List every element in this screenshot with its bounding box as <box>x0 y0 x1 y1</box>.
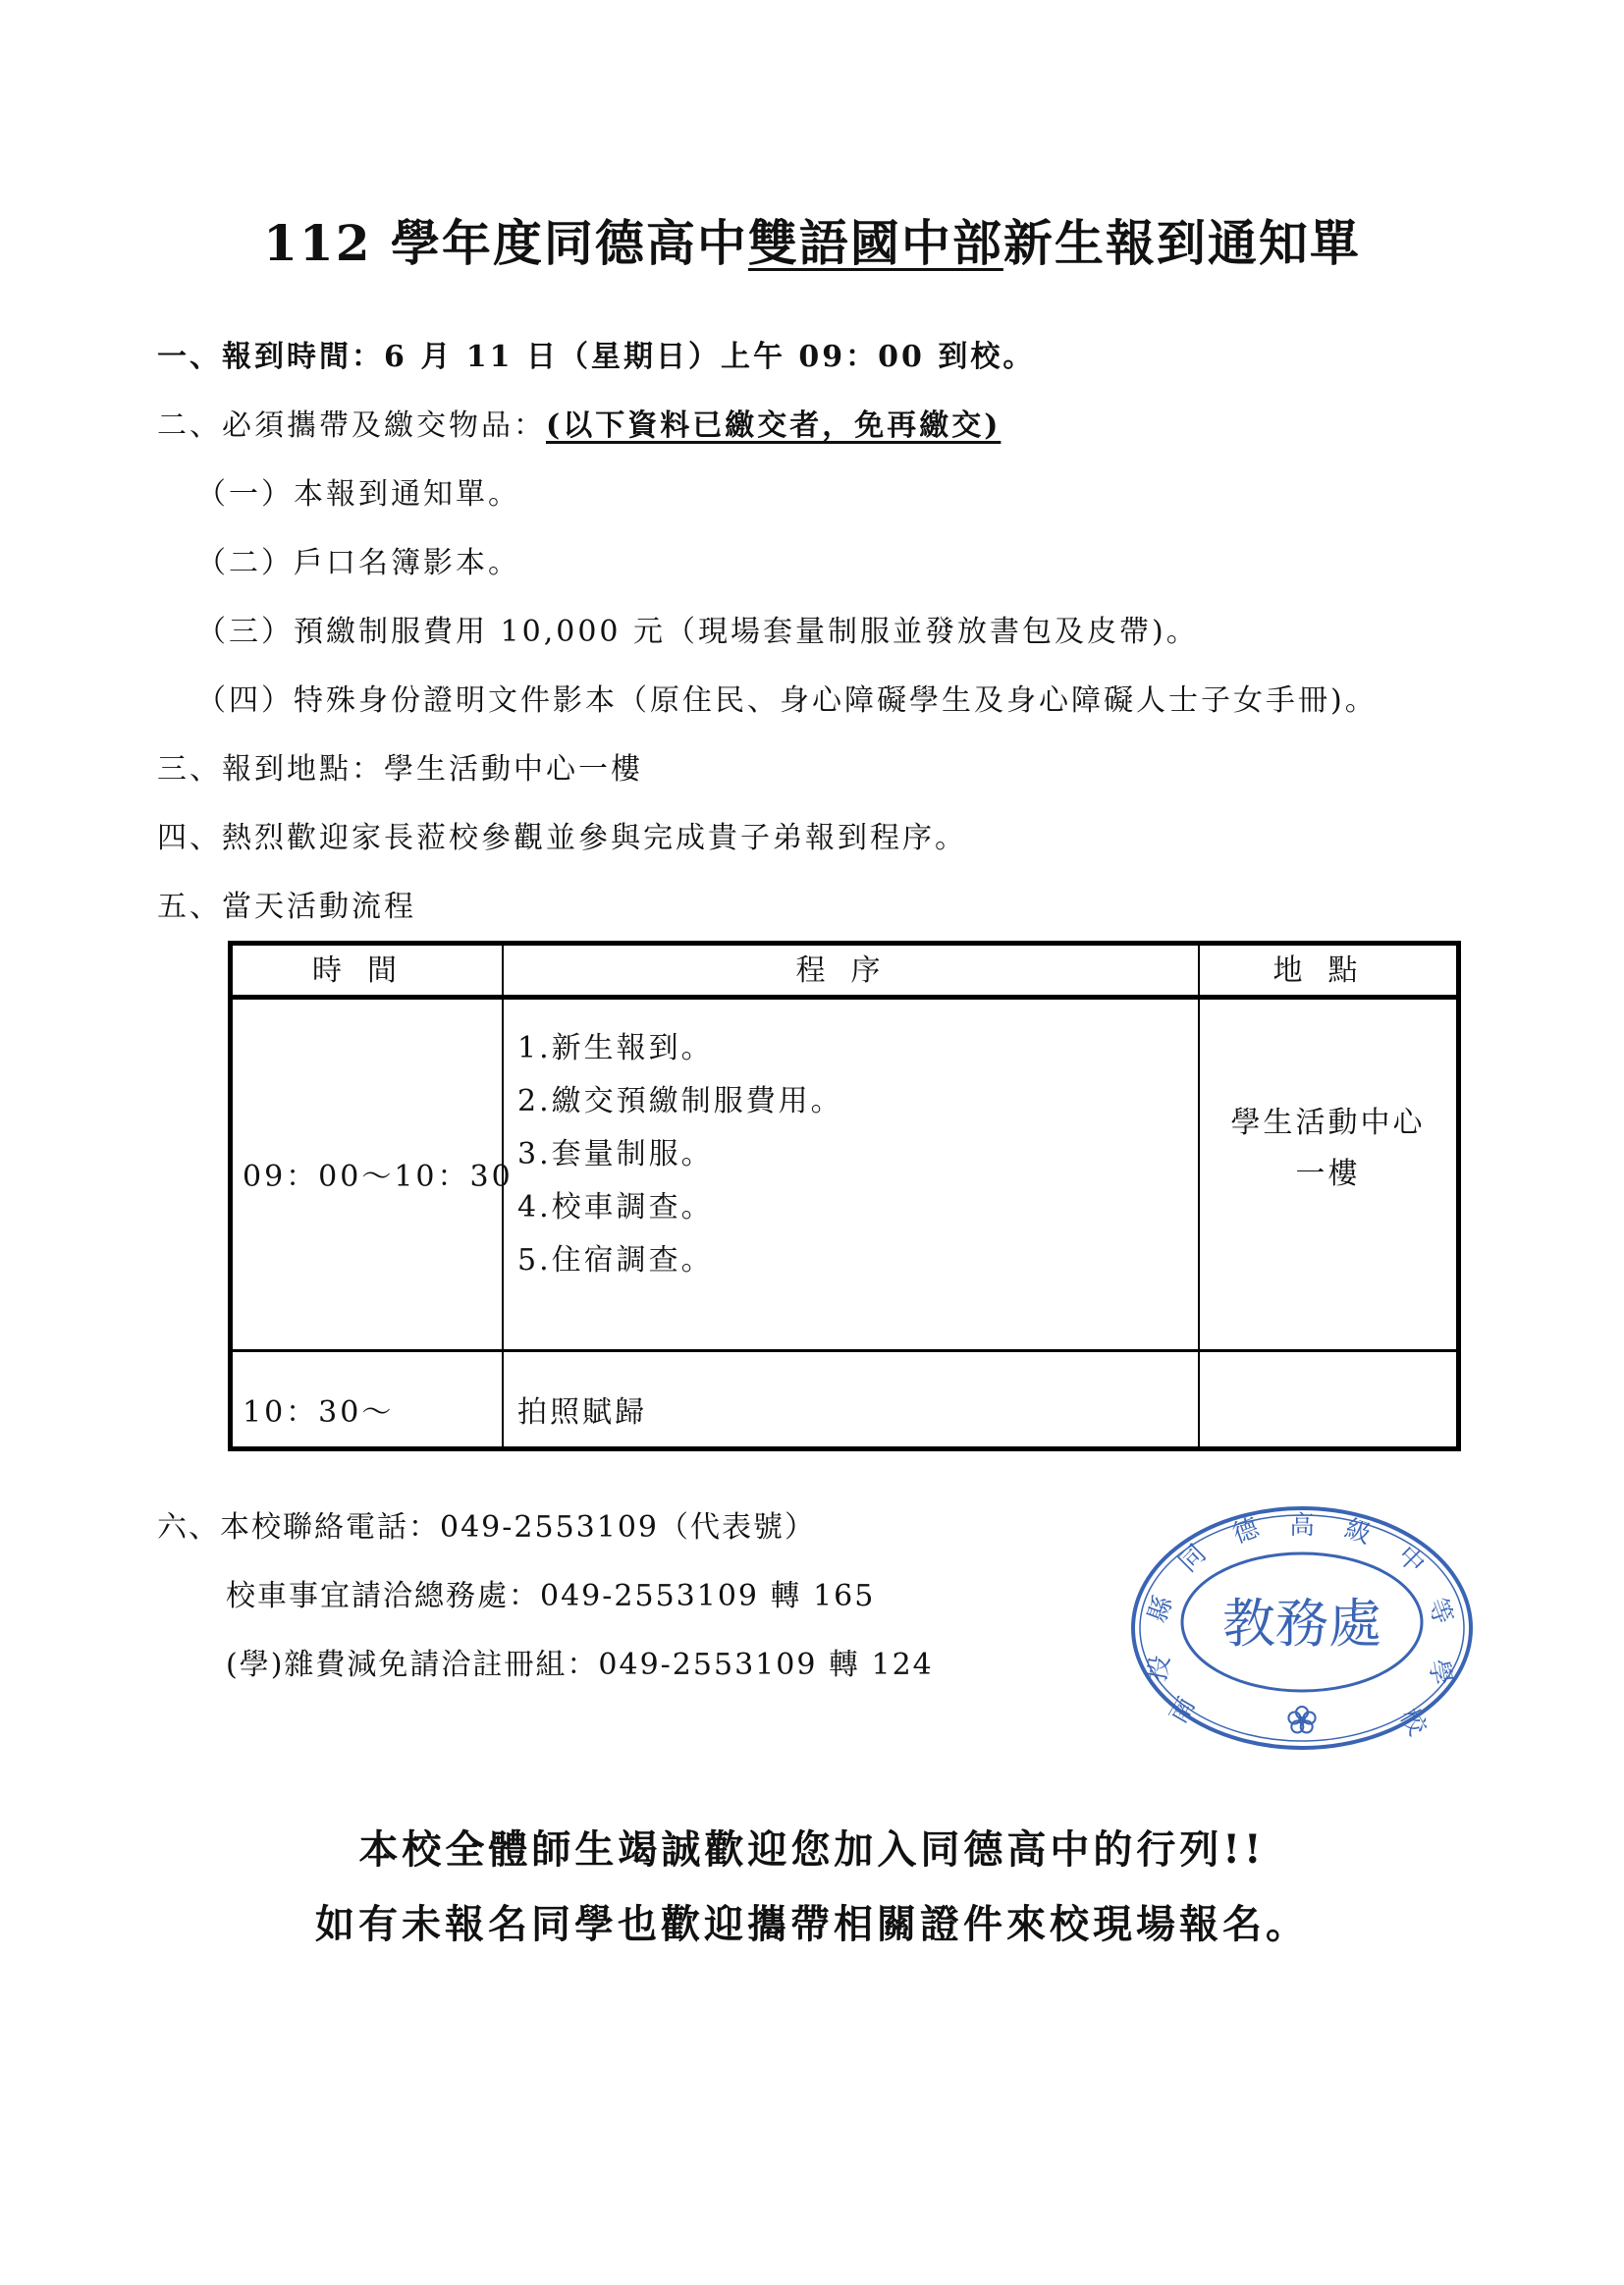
step-item: 3.套量制服。 <box>517 1128 843 1181</box>
contact-main-phone: 六、本校聯絡電話：049-2553109（代表號） <box>157 1502 816 1546</box>
section-welcome-parents: 四、熱烈歡迎家長蒞校參觀並參與完成貴子弟報到程序。 <box>157 813 967 856</box>
schedule-table: 時間 程序 地點 09：00～10：30 1.新生報到。 2.繳交預繳制服費用。… <box>228 941 1461 1451</box>
header-location: 地點 <box>1200 946 1456 997</box>
closing-walk-in-registration: 如有未報名同學也歡迎攜帶相關證件來校現場報名。 <box>0 1893 1624 1949</box>
header-time: 時間 <box>233 946 502 997</box>
required-item: （一）本報到通知單。 <box>196 469 520 513</box>
header-program: 程序 <box>504 946 1198 997</box>
stamp-center-text: 教務處 <box>1222 1593 1381 1655</box>
required-item: （三）預繳制服費用 10,000 元（現場套量制服並發放書包及皮帶)。 <box>196 607 1199 650</box>
row1-time: 09：00～10：30 <box>243 1152 514 1195</box>
row1-steps: 1.新生報到。 2.繳交預繳制服費用。 3.套量制服。 4.校車調查。 5.住宿… <box>517 1022 843 1287</box>
svg-text:等: 等 <box>1422 1595 1458 1629</box>
title-underlined: 雙語國中部 <box>748 214 1003 272</box>
location-line: 學生活動中心 <box>1200 1098 1456 1149</box>
svg-text:縣: 縣 <box>1143 1592 1179 1627</box>
contact-bus: 校車事宜請洽總務處：049-2553109 轉 165 <box>226 1571 875 1614</box>
required-item: （二）戶口名簿影本。 <box>196 538 520 581</box>
step-item: 4.校車調查。 <box>517 1181 843 1234</box>
step-item: 2.繳交預繳制服費用。 <box>517 1075 843 1128</box>
step-item: 5.住宿調查。 <box>517 1234 843 1287</box>
section-required-items: 二、必須攜帶及繳交物品：(以下資料已繳交者，免再繳交) <box>157 401 1001 444</box>
required-item: （四）特殊身份證明文件影本（原住民、身心障礙學生及身心障礙人士子女手冊)。 <box>196 676 1378 719</box>
page-title: 112 學年度同德高中雙語國中部新生報到通知單 <box>0 204 1624 275</box>
svg-text:投: 投 <box>1142 1654 1175 1684</box>
row2-step: 拍照賦歸 <box>517 1387 647 1431</box>
required-items-note: (以下資料已繳交者，免再繳交) <box>546 408 1001 443</box>
title-suffix: 新生報到通知單 <box>1003 214 1361 272</box>
svg-text:高: 高 <box>1289 1511 1315 1541</box>
step-item: 1.新生報到。 <box>517 1022 843 1075</box>
notice-page: 112 學年度同德高中雙語國中部新生報到通知單 一、報到時間：6 月 11 日（… <box>0 0 1624 2285</box>
row2-time: 10：30～ <box>243 1387 394 1431</box>
section-location: 三、報到地點：學生活動中心一樓 <box>157 744 643 788</box>
svg-text:學: 學 <box>1423 1658 1456 1688</box>
title-prefix: 112 學年度同德高中 <box>263 214 748 272</box>
required-items-label: 二、必須攜帶及繳交物品： <box>157 408 546 443</box>
office-stamp-icon: 教務處 南 投 縣 同 德 高 級 中 等 學 校 <box>1127 1502 1477 1754</box>
row-divider <box>233 1349 1456 1352</box>
contact-fees: (學)雜費減免請洽註冊組：049-2553109 轉 124 <box>226 1640 934 1683</box>
column-divider <box>502 946 504 1446</box>
row1-location: 學生活動中心 一樓 <box>1200 1098 1456 1200</box>
section-schedule-heading: 五、當天活動流程 <box>157 882 416 925</box>
section-report-time: 一、報到時間：6 月 11 日（星期日）上午 09：00 到校。 <box>157 332 1035 375</box>
closing-welcome: 本校全體師生竭誠歡迎您加入同德高中的行列!! <box>0 1819 1624 1875</box>
location-line: 一樓 <box>1200 1149 1456 1200</box>
